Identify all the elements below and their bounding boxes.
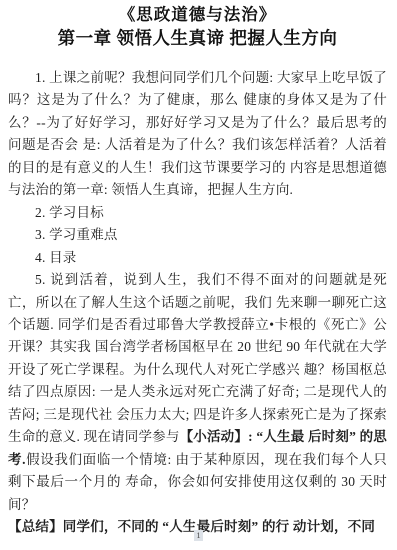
chapter-title: 第一章 领悟人生真谛 把握人生方向 <box>8 26 387 50</box>
text-run: 5. 说到活着，说到人生，我们不得不面对的问题就是死亡，所以在了解人生这个话题之… <box>8 272 387 444</box>
paragraph: 4. 目录 <box>8 247 387 269</box>
text-run: 2. 学习目标 <box>35 205 104 220</box>
document-body: 1. 上课之前呢？我想问同学们几个问题: 大家早上吃早饭了吗？这是为了什么？为了… <box>8 67 387 539</box>
paragraph: 1. 上课之前呢？我想问同学们几个问题: 大家早上吃早饭了吗？这是为了什么？为了… <box>8 67 387 202</box>
document-page: 《思政道德与法治》 第一章 领悟人生真谛 把握人生方向 1. 上课之前呢？我想问… <box>0 0 397 550</box>
text-run: 假设我们面临一个情境: 由于某种原因，现在我们每个人只剩下最后一个月的 寿命，你… <box>8 452 387 512</box>
course-title: 《思政道德与法治》 <box>8 4 387 26</box>
page-footer: 1 <box>0 525 397 543</box>
text-run: 4. 目录 <box>35 250 77 265</box>
text-run: 3. 学习重难点 <box>35 227 118 242</box>
page-number: 1 <box>194 530 202 541</box>
paragraph: 2. 学习目标 <box>8 202 387 224</box>
paragraph: 3. 学习重难点 <box>8 224 387 246</box>
paragraph: 5. 说到活着，说到人生，我们不得不面对的问题就是死亡，所以在了解人生这个话题之… <box>8 269 387 516</box>
text-run: 1. 上课之前呢？我想问同学们几个问题: 大家早上吃早饭了吗？这是为了什么？为了… <box>8 70 387 197</box>
